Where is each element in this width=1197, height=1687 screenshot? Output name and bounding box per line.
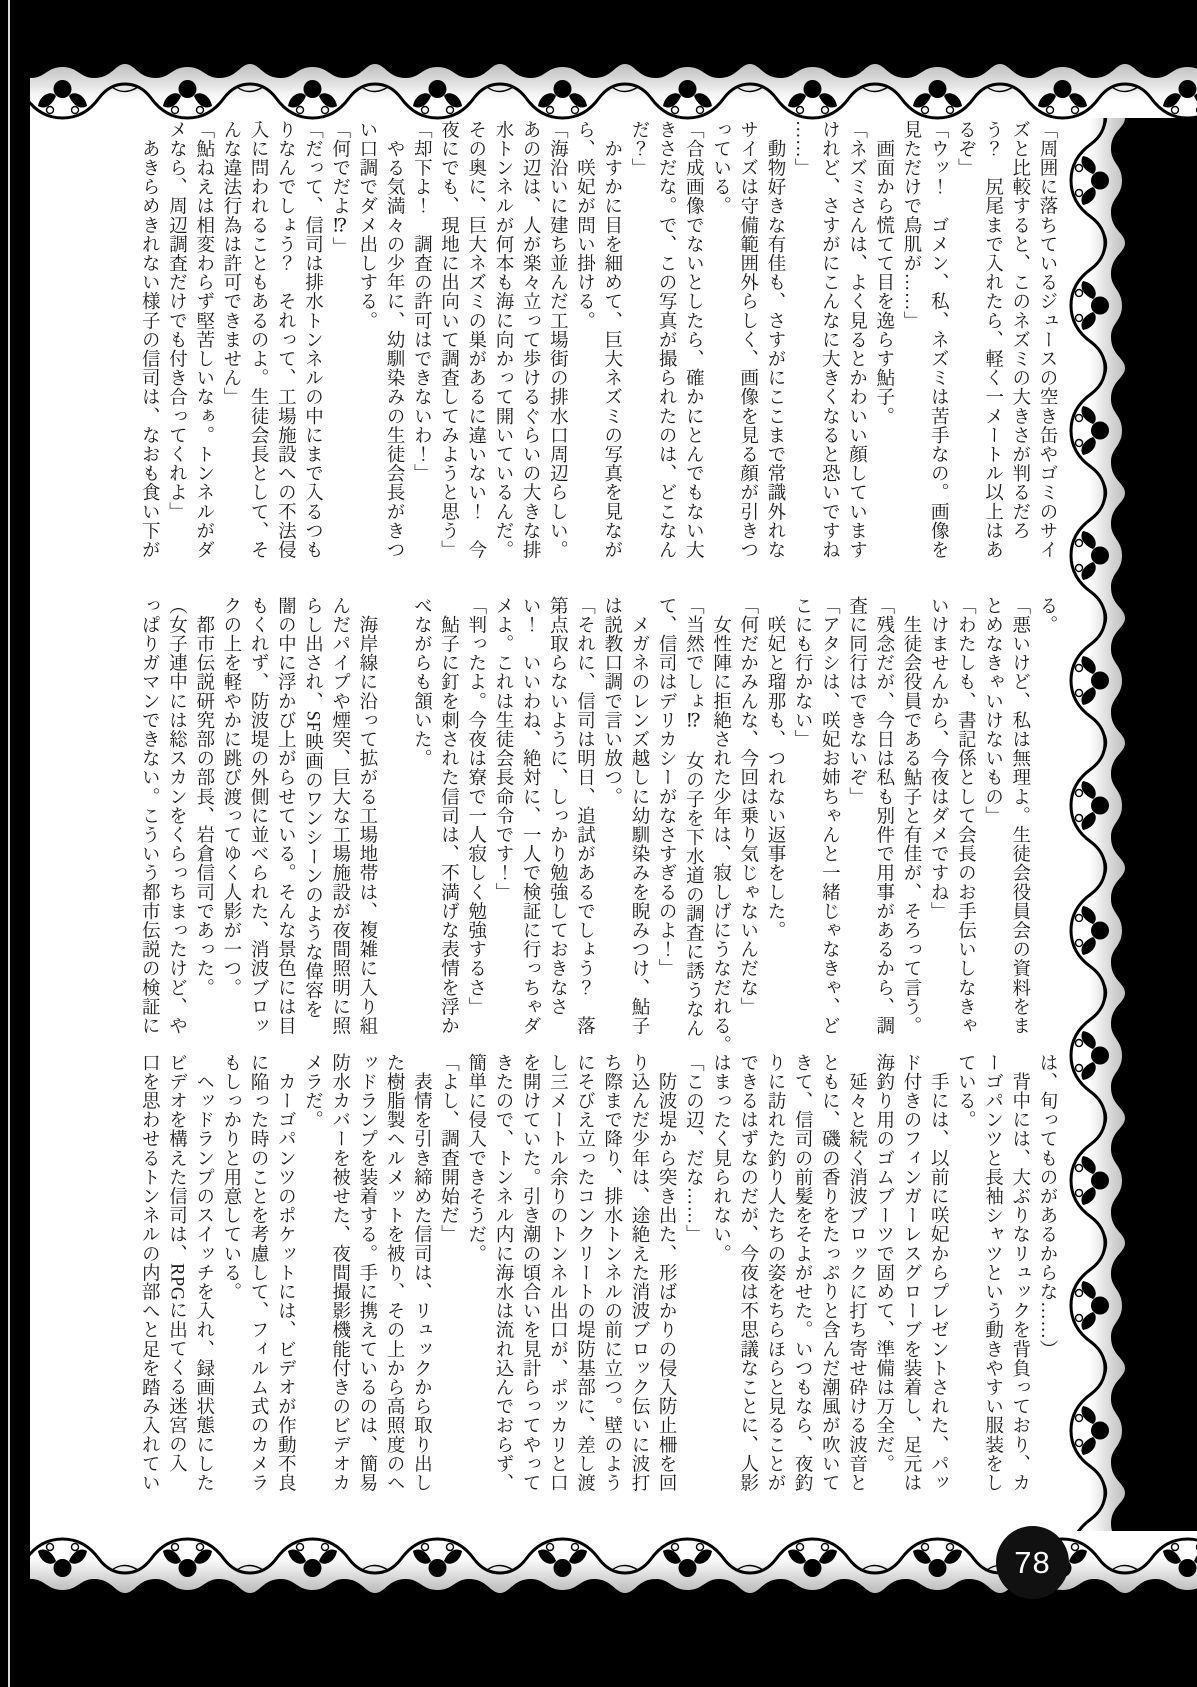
text-column: メなら、周辺調査だけでも付き合ってくれよ」 bbox=[162, 120, 189, 592]
text-column: 延々と続く消波ブロックに打ち寄せ砕ける波音と bbox=[842, 1053, 869, 1525]
text-column: 「海沿いに建ち並んだ工場街の排水口周辺らしい。 bbox=[543, 120, 570, 592]
text-column: ヘッドランプのスイッチを入れ、録画状態にした bbox=[190, 1053, 217, 1525]
text-column: けれど、さすがにこんなに大きくなると恐いですね bbox=[815, 120, 842, 592]
text-column: ド付きのフィンガーレスグローブを装着し、足元は bbox=[897, 1053, 924, 1525]
text-column: 咲妃と瑠那も、つれない返事をした。 bbox=[761, 596, 788, 1068]
text-column: かすかに目を細めて、巨大ネズミの写真を見なが bbox=[598, 120, 625, 592]
text-column: りに訪れた釣り人たちの姿をちらほらと見ることが bbox=[761, 1053, 788, 1525]
text-column: る。 bbox=[1033, 596, 1060, 1068]
book-page: 78 「周囲に落ちているジュースの空き缶やゴミのサイズと比較すると、このネズミの… bbox=[0, 0, 1197, 1687]
text-column: に陥った時のことを考慮して、フィルム式のカメラ bbox=[244, 1053, 271, 1525]
text-column: 見ただけで鳥肌が……」 bbox=[897, 120, 924, 592]
text-column: っぱりガマンできない。こういう都市伝説の検証に bbox=[135, 596, 162, 1068]
text-column: 動物好きな有佳も、さすがにここまで常識外れな bbox=[761, 120, 788, 592]
text-column: 「ウッ！ ゴメン、私、ネズミは苦手なの。画像を bbox=[924, 120, 951, 592]
text-column: サイズは守備範囲外らしく、画像を見る顔が引きつ bbox=[734, 120, 761, 592]
text-column: ている。 bbox=[951, 1053, 978, 1525]
text-column: い口調でダメ出しする。 bbox=[353, 120, 380, 592]
text-column: し三メートル余りのトンネル出口が、ポッカリと口 bbox=[543, 1053, 570, 1525]
text-column: は、旬ってものがあるからな……） bbox=[1033, 1053, 1060, 1525]
text-column: 「アタシは、咲妃お姉ちゃんと一緒じゃなきゃ、ど bbox=[815, 596, 842, 1068]
text-column: 夜にでも、現地に出向いて調査してみようと思う」 bbox=[434, 120, 461, 592]
text-column: 防水カバーを被せた、夜間撮影機能付きのビデオカ bbox=[326, 1053, 353, 1525]
text-column: 簡単に侵入できそうだ。 bbox=[462, 1053, 489, 1525]
text-column: はまったく見られない。 bbox=[706, 1053, 733, 1525]
lace-border-right-icon bbox=[1067, 118, 1197, 1531]
text-column: 「何でだよ⁉」 bbox=[326, 120, 353, 592]
text-column: ともに、磯の香りをたっぷりと含んだ潮風が吹いて bbox=[815, 1053, 842, 1525]
text-column: ら、咲妃が問い掛ける。 bbox=[570, 120, 597, 592]
lace-border-top-icon bbox=[0, 0, 1197, 122]
page-number-badge: 78 bbox=[996, 1526, 1069, 1599]
text-column: 海岸線に沿って拡がる工場地帯は、複雑に入り組 bbox=[353, 596, 380, 1068]
text-column: べながらも頷いた。 bbox=[407, 596, 434, 1068]
text-column: を開けていた。引き潮の頃合いを見計らってやって bbox=[516, 1053, 543, 1525]
text-column: 鮎子に釘を刺された信司は、不満げな表情を浮か bbox=[434, 596, 461, 1068]
text-column: やる気満々の少年に、幼馴染みの生徒会長がきつ bbox=[380, 120, 407, 592]
text-column: う？ 尻尾まで入れたら、軽く一メートル以上はあ bbox=[978, 120, 1005, 592]
text-band-bottom: は、旬ってものがあるからな……） 背中には、大ぶりなリュックを背負っており、カー… bbox=[136, 1053, 1060, 1525]
text-column: 闇の中に浮かび上がらせている。そんな景色には目 bbox=[271, 596, 298, 1068]
text-column: ……」 bbox=[788, 120, 815, 592]
text-column: 「判ったよ。今夜は寮で一人寂しく勉強するさ」 bbox=[462, 596, 489, 1068]
text-column: ッドランプを装着する。手に携えているのは、簡易 bbox=[353, 1053, 380, 1525]
text-column bbox=[380, 596, 407, 1068]
text-column: 「この辺、だな……」 bbox=[679, 1053, 706, 1525]
text-column: いけませんから、今夜はダメですね」 bbox=[924, 596, 951, 1068]
text-column: 女性陣に拒絶された少年は、寂しげにうなだれる。 bbox=[706, 596, 733, 1068]
text-column: もくれず、防波堤の外側に並べられた、消波ブロッ bbox=[244, 596, 271, 1068]
text-column: 「だって、信司は排水トンネルの中にまで入るつも bbox=[298, 120, 325, 592]
page-edge-left bbox=[0, 0, 30, 1687]
text-column: カーゴパンツのポケットには、ビデオが作動不良 bbox=[271, 1053, 298, 1525]
text-column: きたので、トンネル内に海水は流れ込んでおらず、 bbox=[489, 1053, 516, 1525]
text-column: だ？」 bbox=[625, 120, 652, 592]
text-column: 画面から慌てて目を逸らす鮎子。 bbox=[870, 120, 897, 592]
text-column: きて、信司の前髪をそよがせた。いつもなら、夜釣 bbox=[788, 1053, 815, 1525]
text-column: にそびえ立ったコンクリートの堤防基部に、差し渡 bbox=[570, 1053, 597, 1525]
text-column: 水トンネルが何本も海に向かって開いているんだ。 bbox=[489, 120, 516, 592]
text-column: 「残念だが、今日は私も別件で用事があるから、調 bbox=[870, 596, 897, 1068]
text-column: あきらめきれない様子の信司は、なおも食い下が bbox=[135, 120, 162, 592]
text-column: とめなきゃいけないもの」 bbox=[978, 596, 1005, 1068]
text-column: ビデオを構えた信司は、RPGに出てくる迷宮の入 bbox=[162, 1053, 189, 1525]
page-edge-hairline bbox=[8, 0, 10, 1687]
text-column: んな違法行為は許可できません」 bbox=[217, 120, 244, 592]
text-column: 背中には、大ぶりなリュックを背負っており、カ bbox=[1006, 1053, 1033, 1525]
text-column: （女子連中には総スカンをくらっちまったけど、や bbox=[162, 596, 189, 1068]
text-column: メガネのレンズ越しに幼馴染みを睨みつけ、鮎子 bbox=[625, 596, 652, 1068]
text-column: その奥に、巨大ネズミの巣があるに違いない！ 今 bbox=[462, 120, 489, 592]
text-column: て、信司はデリカシーがなさすぎるのよ！」 bbox=[652, 596, 679, 1068]
text-column: クの上を軽やかに跳び渡ってゆく人影が一つ。 bbox=[217, 596, 244, 1068]
text-column: 「周囲に落ちているジュースの空き缶やゴミのサイ bbox=[1033, 120, 1060, 592]
text-column: 「悪いけど、私は無理よ。生徒会役員会の資料をま bbox=[1006, 596, 1033, 1068]
text-column: っている。 bbox=[706, 120, 733, 592]
text-column: 表情を引き締めた信司は、リュックから取り出し bbox=[407, 1053, 434, 1525]
text-column: らし出され、SF映画のワンシーンのような偉容を bbox=[298, 596, 325, 1068]
text-column: 「よし、調査開始だ」 bbox=[434, 1053, 461, 1525]
text-column: ズと比較すると、このネズミの大きさが判るだろ bbox=[1006, 120, 1033, 592]
text-column: あの辺は、人が楽々立って歩けるぐらいの大きな排 bbox=[516, 120, 543, 592]
text-column: 「ネズミさんは、よく見るとかわいい顔しています bbox=[842, 120, 869, 592]
text-column: 生徒会役員である鮎子と有佳が、そろって言う。 bbox=[897, 596, 924, 1068]
text-column: 防波堤から突き出た、形ばかりの侵入防止柵を回 bbox=[652, 1053, 679, 1525]
text-column: 「合成画像でないとしたら、確かにとんでもない大 bbox=[679, 120, 706, 592]
text-column: 「わたしも、書記係として会長のお手伝いしなきゃ bbox=[951, 596, 978, 1068]
text-column: ーゴパンツと長袖シャツという動きやすい服装をし bbox=[978, 1053, 1005, 1525]
text-column: メよ。これは生徒会長命令です！」 bbox=[489, 596, 516, 1068]
text-column: り込んだ少年は、途絶えた消波ブロック伝いに波打 bbox=[625, 1053, 652, 1525]
text-column: た樹脂製ヘルメットを被り、その上から高照度のヘ bbox=[380, 1053, 407, 1525]
text-column: 手には、以前に咲妃からプレゼントされた、パッ bbox=[924, 1053, 951, 1525]
text-column: 「却下よ！ 調査の許可はできないわ！」 bbox=[407, 120, 434, 592]
text-column: 「鮎ねえは相変わらず堅苦しいなぁ。トンネルがダ bbox=[190, 120, 217, 592]
text-column: るぞ」 bbox=[951, 120, 978, 592]
text-column: きさだな。で、この写真が撮られたのは、どこなん bbox=[652, 120, 679, 592]
text-column: できるはずなのだが、今夜は不思議なことに、人影 bbox=[734, 1053, 761, 1525]
page-number: 78 bbox=[1014, 1545, 1050, 1581]
text-column: 査に同行はできないぞ」 bbox=[842, 596, 869, 1068]
text-column: 都市伝説研究部の部長、岩倉信司であった。 bbox=[190, 596, 217, 1068]
text-column: もしっかりと用意している。 bbox=[217, 1053, 244, 1525]
text-column: は説教口調で言い放つ。 bbox=[598, 596, 625, 1068]
text-band-middle: る。「悪いけど、私は無理よ。生徒会役員会の資料をまとめなきゃいけないもの」「わた… bbox=[136, 596, 1060, 1068]
text-column: 口を思わせるトンネルの内部へと足を踏み入れてい bbox=[135, 1053, 162, 1525]
text-column: ち際まで降り、排水トンネルの前に立つ。壁のよう bbox=[598, 1053, 625, 1525]
text-column: 第点取らないように、しっかり勉強しておきなさ bbox=[543, 596, 570, 1068]
text-column: 「何だかみんな、今回は乗り気じゃないんだな」 bbox=[734, 596, 761, 1068]
text-column: い！ いいわね、絶対に、一人で検証に行っちゃダ bbox=[516, 596, 543, 1068]
text-column: 「当然でしょ⁉ 女の子を下水道の調査に誘うなん bbox=[679, 596, 706, 1068]
text-band-top: 「周囲に落ちているジュースの空き缶やゴミのサイズと比較すると、このネズミの大きさ… bbox=[136, 120, 1060, 592]
text-column: りなんでしょう？ それって、工場施設への不法侵 bbox=[271, 120, 298, 592]
text-column: メラだ。 bbox=[298, 1053, 325, 1525]
text-column: こにも行かない」 bbox=[788, 596, 815, 1068]
text-column: 海釣り用のゴムブーツで固めて、準備は万全だ。 bbox=[870, 1053, 897, 1525]
text-column: 入に問われることもあるのよ。生徒会長として、そ bbox=[244, 120, 271, 592]
text-column: んだパイプや煙突、巨大な工場施設が夜間照明に照 bbox=[326, 596, 353, 1068]
text-column: 「それに、信司は明日、追試があるでしょう？ 落 bbox=[570, 596, 597, 1068]
